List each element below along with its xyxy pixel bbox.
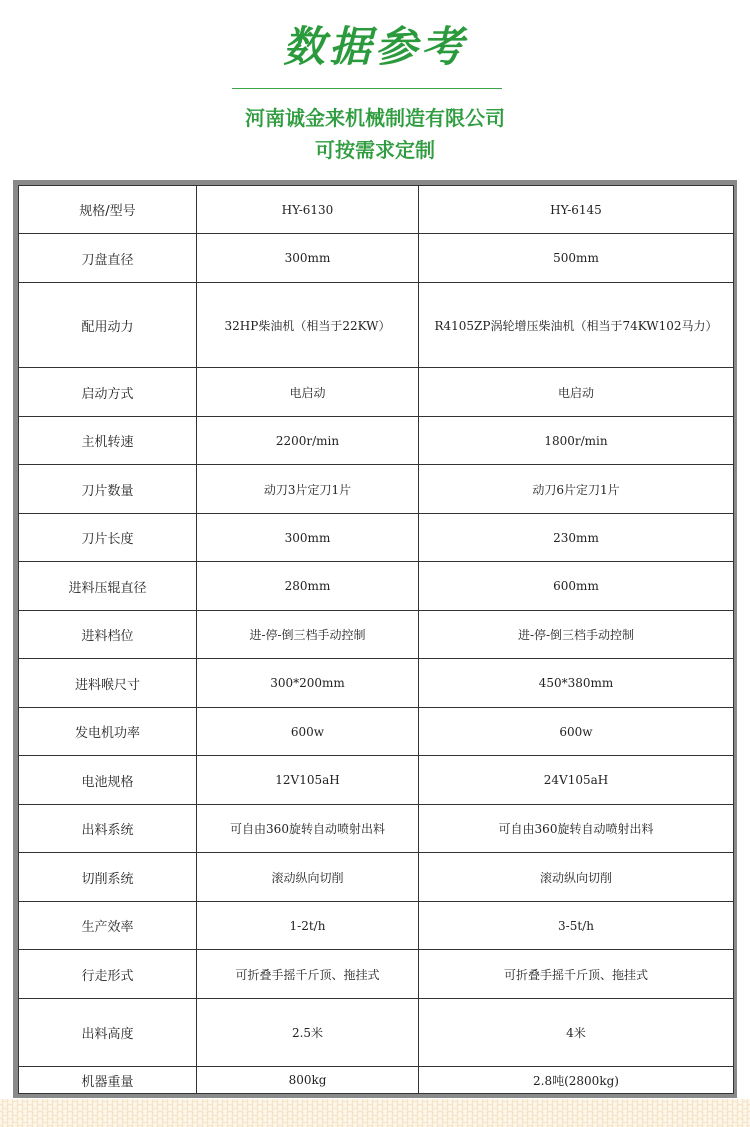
row-value-model-1: 2.5米 [197, 999, 419, 1067]
row-label: 进料压辊直径 [19, 562, 197, 611]
row-label: 出料系统 [19, 805, 197, 853]
row-value-model-2: 2.8吨(2800kg) [419, 1067, 734, 1094]
table-row: 刀片长度300mm230mm [19, 514, 734, 562]
page-title: 数据参考 [0, 14, 750, 74]
row-value-model-2: 600w [419, 708, 734, 756]
table-row: 刀盘直径300mm500mm [19, 234, 734, 283]
table-row: 行走形式可折叠手摇千斤顶、拖挂式可折叠手摇千斤顶、拖挂式 [19, 950, 734, 999]
row-label: 配用动力 [19, 283, 197, 368]
row-value-model-2: 动刀6片定刀1片 [419, 465, 734, 514]
row-label: 发电机功率 [19, 708, 197, 756]
tagline: 可按需求定制 [0, 134, 750, 163]
row-value-model-2: 24V105aH [419, 756, 734, 805]
row-value-model-2: 230mm [419, 514, 734, 562]
row-value-model-1: 300mm [197, 234, 419, 283]
row-label: 出料高度 [19, 999, 197, 1067]
table-row: 出料高度2.5米4米 [19, 999, 734, 1067]
table-row: 配用动力32HP柴油机（相当于22KW）R4105ZP涡轮增压柴油机（相当于74… [19, 283, 734, 368]
row-value-model-2: 可自由360旋转自动喷射出料 [419, 805, 734, 853]
row-value-model-2: 3-5t/h [419, 902, 734, 950]
row-value-model-1: 600w [197, 708, 419, 756]
table-row: 启动方式电启动电启动 [19, 368, 734, 417]
row-label: 行走形式 [19, 950, 197, 999]
row-value-model-2: 1800r/min [419, 417, 734, 465]
row-value-model-1: 300*200mm [197, 659, 419, 708]
row-label: 刀片数量 [19, 465, 197, 514]
table-row: 进料压辊直径280mm600mm [19, 562, 734, 611]
row-value-model-1: 1-2t/h [197, 902, 419, 950]
row-label: 生产效率 [19, 902, 197, 950]
row-value-model-1: 300mm [197, 514, 419, 562]
row-label: 切削系统 [19, 853, 197, 902]
table-row: 生产效率1-2t/h3-5t/h [19, 902, 734, 950]
row-value-model-1: 32HP柴油机（相当于22KW） [197, 283, 419, 368]
table-row: 电池规格12V105aH24V105aH [19, 756, 734, 805]
row-label: 进料档位 [19, 611, 197, 659]
header-cell-model-1: HY-6130 [197, 186, 419, 234]
row-value-model-2: 电启动 [419, 368, 734, 417]
row-value-model-1: 280mm [197, 562, 419, 611]
header-cell-spec: 规格/型号 [19, 186, 197, 234]
decorative-pattern-footer [0, 1099, 750, 1127]
row-value-model-1: 进-停-倒三档手动控制 [197, 611, 419, 659]
row-value-model-2: 可折叠手摇千斤顶、拖挂式 [419, 950, 734, 999]
row-value-model-1: 可自由360旋转自动喷射出料 [197, 805, 419, 853]
row-label: 刀盘直径 [19, 234, 197, 283]
table-header-row: 规格/型号 HY-6130 HY-6145 [19, 186, 734, 234]
table-row: 切削系统滚动纵向切削滚动纵向切削 [19, 853, 734, 902]
table-row: 刀片数量动刀3片定刀1片动刀6片定刀1片 [19, 465, 734, 514]
row-value-model-1: 2200r/min [197, 417, 419, 465]
row-label: 刀片长度 [19, 514, 197, 562]
row-value-model-1: 动刀3片定刀1片 [197, 465, 419, 514]
row-value-model-1: 电启动 [197, 368, 419, 417]
row-value-model-1: 800kg [197, 1067, 419, 1094]
header-cell-model-2: HY-6145 [419, 186, 734, 234]
row-label: 进料喉尺寸 [19, 659, 197, 708]
table-row: 进料档位进-停-倒三档手动控制进-停-倒三档手动控制 [19, 611, 734, 659]
row-value-model-2: 500mm [419, 234, 734, 283]
table-row: 出料系统可自由360旋转自动喷射出料可自由360旋转自动喷射出料 [19, 805, 734, 853]
row-value-model-2: 进-停-倒三档手动控制 [419, 611, 734, 659]
row-value-model-1: 可折叠手摇千斤顶、拖挂式 [197, 950, 419, 999]
row-value-model-2: 450*380mm [419, 659, 734, 708]
row-value-model-2: R4105ZP涡轮增压柴油机（相当于74KW102马力） [419, 283, 734, 368]
row-value-model-2: 滚动纵向切削 [419, 853, 734, 902]
row-label: 电池规格 [19, 756, 197, 805]
row-value-model-1: 12V105aH [197, 756, 419, 805]
table-row: 主机转速2200r/min1800r/min [19, 417, 734, 465]
row-label: 主机转速 [19, 417, 197, 465]
table-row: 进料喉尺寸300*200mm450*380mm [19, 659, 734, 708]
table-row: 发电机功率600w600w [19, 708, 734, 756]
row-value-model-2: 4米 [419, 999, 734, 1067]
row-value-model-2: 600mm [419, 562, 734, 611]
spec-table: 规格/型号 HY-6130 HY-6145 刀盘直径300mm500mm配用动力… [18, 185, 734, 1094]
table-row: 机器重量800kg2.8吨(2800kg) [19, 1067, 734, 1094]
title-divider [232, 88, 502, 89]
company-name: 河南诚金来机械制造有限公司 [0, 102, 750, 131]
row-label: 机器重量 [19, 1067, 197, 1094]
row-value-model-1: 滚动纵向切削 [197, 853, 419, 902]
row-label: 启动方式 [19, 368, 197, 417]
